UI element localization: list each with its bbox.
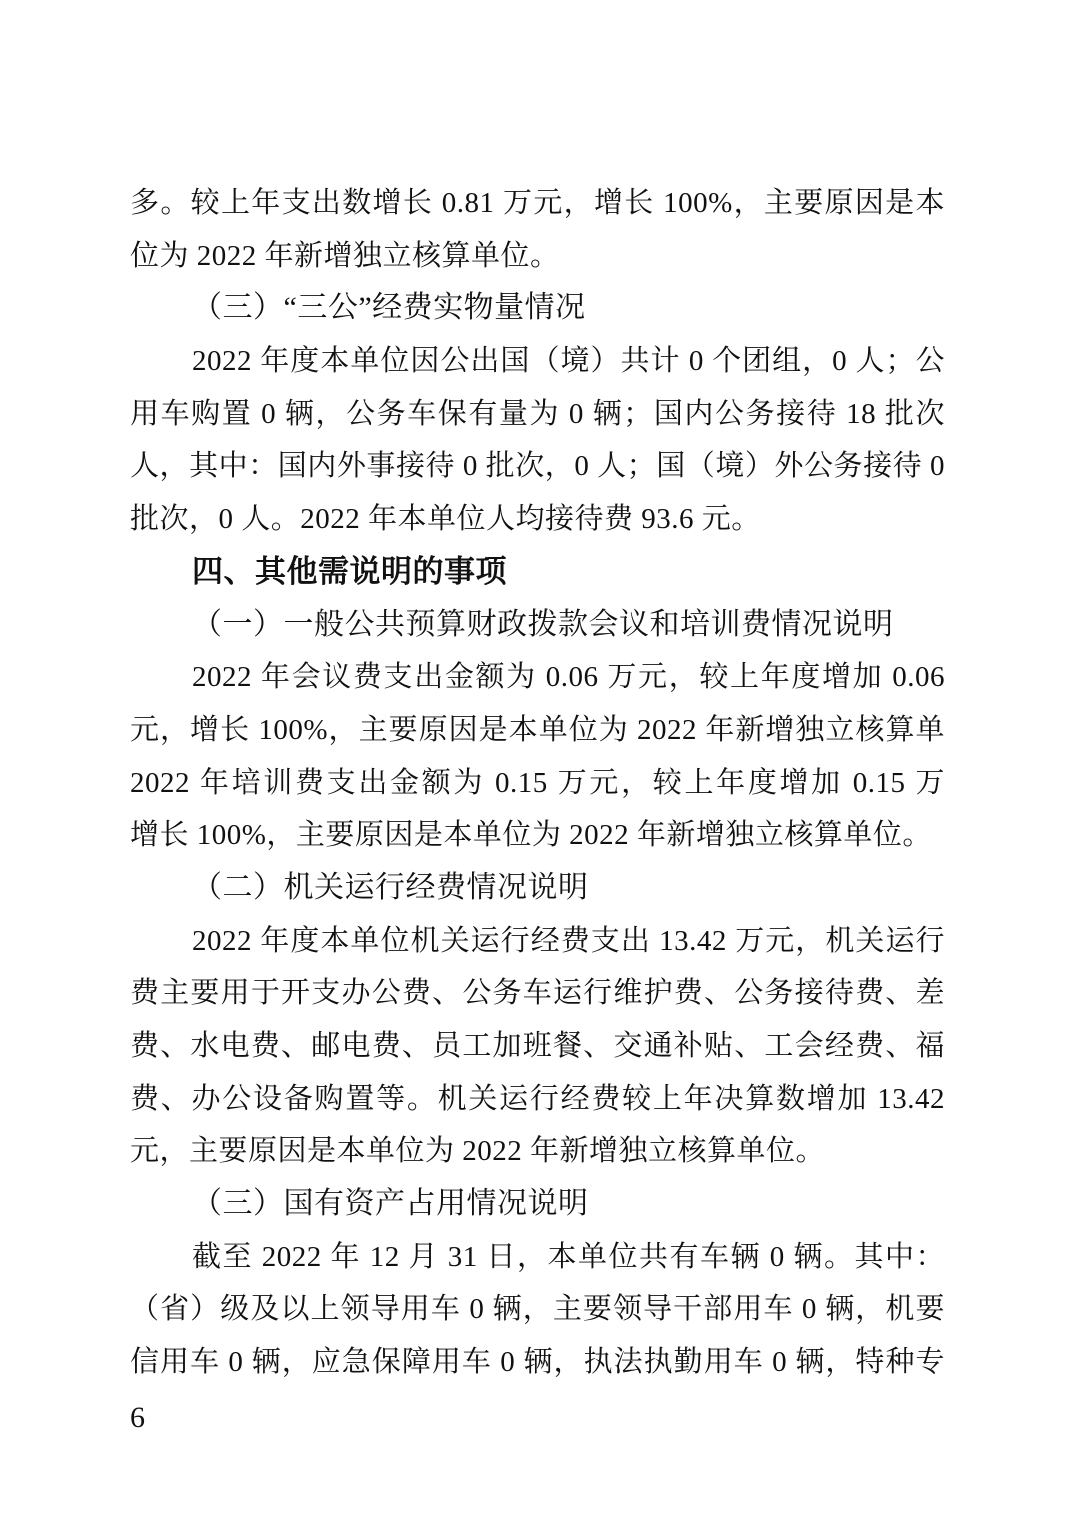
text-line: 2022 年会议费支出金额为 0.06 万元，较上年度增加 0.06 万 xyxy=(130,651,945,704)
subheading-three: （三）国有资产占用情况说明 xyxy=(130,1178,945,1231)
subheading-san-gong: （三）“三公”经费实物量情况 xyxy=(130,282,945,335)
text-line: （省）级及以上领导用车 0 辆，主要领导干部用车 0 辆，机要通 xyxy=(130,1283,945,1336)
text-line: 费、办公设备购置等。机关运行经费较上年决算数增加 13.42 万 xyxy=(130,1073,945,1126)
text-line: 截至 2022 年 12 月 31 日，本单位共有车辆 0 辆。其中：副部 xyxy=(130,1231,945,1284)
text-line: 元，增长 100%，主要原因是本单位为 2022 年新增独立核算单位。 xyxy=(130,704,945,757)
text-line: 信用车 0 辆，应急保障用车 0 辆，执法执勤用车 0 辆，特种专业 xyxy=(130,1336,945,1389)
text-line: 2022 年培训费支出金额为 0.15 万元，较上年度增加 0.15 万元， xyxy=(130,757,945,810)
text-line: 增长 100%，主要原因是本单位为 2022 年新增独立核算单位。 xyxy=(130,809,945,862)
text-line: 2022 年度本单位因公出国（境）共计 0 个团组，0 人；公务 xyxy=(130,335,945,388)
text-line: 位为 2022 年新增独立核算单位。 xyxy=(130,230,945,283)
subheading-one: （一）一般公共预算财政拨款会议和培训费情况说明 xyxy=(130,599,945,652)
text-line: 人，其中：国内外事接待 0 批次，0 人；国（境）外公务接待 0 xyxy=(130,440,945,493)
document-page: 多。较上年支出数增长 0.81 万元，增长 100%，主要原因是本单 位为 20… xyxy=(0,0,1074,1520)
text-line: 批次，0 人。2022 年本单位人均接待费 93.6 元。 xyxy=(130,493,945,546)
section-heading-four: 四、其他需说明的事项 xyxy=(130,546,945,599)
text-line: 用车购置 0 辆，公务车保有量为 0 辆；国内公务接待 18 批次 86 xyxy=(130,388,945,441)
subheading-two: （二）机关运行经费情况说明 xyxy=(130,862,945,915)
text-line: 2022 年度本单位机关运行经费支出 13.42 万元，机关运行经 xyxy=(130,915,945,968)
text-line: 多。较上年支出数增长 0.81 万元，增长 100%，主要原因是本单 xyxy=(130,177,945,230)
page-number: 6 xyxy=(130,1398,145,1438)
text-line: 费、水电费、邮电费、员工加班餐、交通补贴、工会经费、福利 xyxy=(130,1020,945,1073)
text-line: 元，主要原因是本单位为 2022 年新增独立核算单位。 xyxy=(130,1125,945,1178)
document-body: 多。较上年支出数增长 0.81 万元，增长 100%，主要原因是本单 位为 20… xyxy=(130,177,945,1389)
text-line: 费主要用于开支办公费、公务车运行维护费、公务接待费、差旅 xyxy=(130,967,945,1020)
